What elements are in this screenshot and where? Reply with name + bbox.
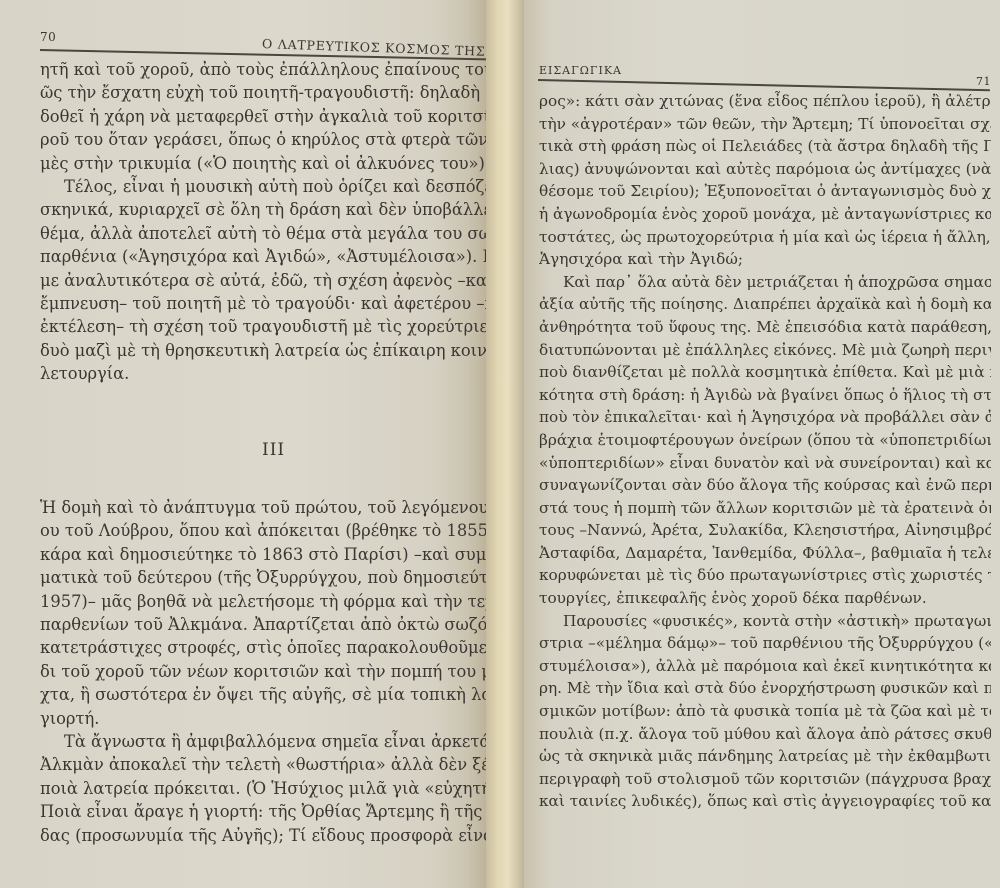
text-line: στρια –«μέλημα δάμῳ»– τοῦ παρθένιου τῆς … xyxy=(539,632,991,655)
text-line: τικὰ στὴ φράση πὼς οἱ Πελειάδες (τὰ ἄστρ… xyxy=(539,135,991,158)
text-line: Ἀσταφίδα, Δαμαρέτα, Ἰανθεμίδα, Φύλλα–, β… xyxy=(539,542,991,565)
text-line: ῶς τὴν ἔσχατη εὐχὴ τοῦ ποιητῆ-τραγουδιστ… xyxy=(40,81,492,104)
text-line: ητῆ καὶ τοῦ χοροῦ, ἀπὸ τοὺς ἐπάλληλους ἐ… xyxy=(40,58,492,81)
right-body: ρος»: κάτι σὰν χιτώνας (ἕνα εἶδος πέπλου… xyxy=(539,90,991,813)
text-line: ἐκτέλεση– τὴ σχέση τοῦ τραγουδιστῆ μὲ τὶ… xyxy=(40,315,492,338)
text-line: ἀνθηρότητα τοῦ ὕφους της. Μὲ ἐπεισόδια κ… xyxy=(539,316,991,339)
section-heading: III xyxy=(262,440,285,460)
text-line: 1957)– μᾶς βοηθᾶ νὰ μελετήσομε τὴ φόρμα … xyxy=(40,590,492,613)
text-line: ου τοῦ Λούβρου, ὅπου καὶ ἀπόκειται (βρέθ… xyxy=(40,519,492,542)
text-line: λετουργία. xyxy=(40,362,492,385)
text-line: ἡ ἀγωνοδρομία ἑνὸς χοροῦ μονάχα, μὲ ἀντα… xyxy=(539,203,991,226)
text-line: Ἀλκμὰν ἀποκαλεῖ τὴν τελετὴ «θωστήρια» ἀλ… xyxy=(40,753,492,776)
text-line: γιορτή. xyxy=(40,707,492,730)
text-line: Τέλος, εἶναι ἡ μουσικὴ αὐτὴ ποὺ ὁρίζει κ… xyxy=(40,175,492,198)
text-line: κάρα καὶ δημοσιεύτηκε τὸ 1863 στὸ Παρίσι… xyxy=(40,543,492,566)
text-line: παρθενίων τοῦ Ἀλκμάνα. Ἀπαρτίζεται ἀπὸ ὀ… xyxy=(40,613,492,636)
text-line: ροῦ του ὅταν γεράσει, ὅπως ὁ κηρύλος στὰ… xyxy=(40,128,492,151)
text-line: σκηνικά, κυριαρχεῖ σὲ ὅλη τὴ δράση καὶ δ… xyxy=(40,198,492,221)
text-line: χτα, ἢ σωστότερα ἐν ὄψει τῆς αὐγῆς, σὲ μ… xyxy=(40,683,492,706)
open-book-spread: 70 Ο ΛΑΤΡΕΥΤΙΚΟΣ ΚΟΣΜΟΣ ΤΗΣ ΣΠΑΡΤΗ ητῆ κ… xyxy=(0,0,1000,888)
text-line: Ἡ δομὴ καὶ τὸ ἀνάπτυγμα τοῦ πρώτου, τοῦ … xyxy=(40,496,492,519)
text-line: ρος»: κάτι σὰν χιτώνας (ἕνα εἶδος πέπλου… xyxy=(539,90,991,113)
text-line: διατυπώνονται μὲ ἐπάλληλες εἰκόνες. Μὲ μ… xyxy=(539,339,991,362)
text-line: ποὺ τὸν ἐπικαλεῖται· καὶ ἡ Ἁγησιχόρα νὰ … xyxy=(539,406,991,429)
right-page: ΕΙΣΑΓΩΓΙΚΑ 71 ρος»: κάτι σὰν χιτώνας (ἕν… xyxy=(524,0,1000,888)
book-gutter xyxy=(486,0,526,888)
text-line: βράχια ἑτοιμοφτέρουγων ὀνείρων (ὅπου τὰ … xyxy=(539,429,991,452)
text-line: θέμα, ἀλλὰ ἀποτελεῖ αὐτὴ τὸ θέμα στὰ μεγ… xyxy=(40,222,492,245)
text-line: τους –Ναννώ, Ἀρέτα, Συλακίδα, Κλεησιστήρ… xyxy=(539,519,991,542)
text-line: σμικῶν μοτίβων: ἀπὸ τὰ φυσικὰ τοπία μὲ τ… xyxy=(539,700,991,723)
text-line: δυὸ μαζὶ μὲ τὴ θρησκευτικὴ λατρεία ὡς ἐπ… xyxy=(40,339,492,362)
text-line: μὲς στὴν τρικυμία («Ὁ ποιητὴς καὶ οἱ ἀλκ… xyxy=(40,152,492,175)
text-line: ὡς τὰ σκηνικὰ μιᾶς πάνδημης λατρείας μὲ … xyxy=(539,745,991,768)
text-line: πουλιὰ (π.χ. ἄλογα τοῦ μύθου καὶ ἄλογα ἀ… xyxy=(539,723,991,746)
text-line: Ἁγησιχόρα καὶ τὴν Ἀγιδώ; xyxy=(539,248,991,271)
text-line: δι τοῦ χοροῦ τῶν νέων κοριτσιῶν καὶ τὴν … xyxy=(40,660,492,683)
text-line: λιας) ἀνυψώνονται καὶ αὐτὲς παρόμοια ὡς … xyxy=(539,158,991,181)
text-line: τὴν «ἀγροτέραν» τῶν θεῶν, τὴν Ἄρτεμη; Τί… xyxy=(539,113,991,136)
text-line: δας (προσωνυμία τῆς Αὐγῆς); Τί εἴδους πρ… xyxy=(40,824,492,847)
text-line: τοστάτες, ὡς πρωτοχορεύτρια ἡ μία καὶ ὡς… xyxy=(539,226,991,249)
text-line: ποὺ διανθίζεται μὲ πολλὰ κοσμητικὰ ἐπίθε… xyxy=(539,361,991,384)
text-line: κατετράστιχες στροφές, στὶς ὁποῖες παρακ… xyxy=(40,636,492,659)
text-line: ἀξία αὐτῆς τῆς ποίησης. Διαπρέπει ἀρχαϊκ… xyxy=(539,293,991,316)
text-line: Καὶ παρ᾽ ὅλα αὐτὰ δὲν μετριάζεται ἡ ἀποχ… xyxy=(539,271,991,294)
left-page: 70 Ο ΛΑΤΡΕΥΤΙΚΟΣ ΚΟΣΜΟΣ ΤΗΣ ΣΠΑΡΤΗ ητῆ κ… xyxy=(0,0,492,888)
text-line: δοθεῖ ἡ χάρη νὰ μεταφερθεῖ στὴν ἀγκαλιὰ … xyxy=(40,105,492,128)
page-number-left: 70 xyxy=(40,30,56,44)
text-line: Παρουσίες «φυσικές», κοντὰ στὴν «ἀστικὴ»… xyxy=(539,610,991,633)
text-line: «ὑποπτεριδίων» εἶναι δυνατὸν καὶ νὰ συνε… xyxy=(539,452,991,475)
text-line: με ἀναλυτικότερα σὲ αὐτά, ἐδῶ, τὴ σχέση … xyxy=(40,269,492,292)
text-line: στυμέλοισα»), ἀλλὰ μὲ παρόμοια καὶ ἐκεῖ … xyxy=(539,655,991,678)
page-number-right: 71 xyxy=(976,75,991,88)
left-body-top: ητῆ καὶ τοῦ χοροῦ, ἀπὸ τοὺς ἐπάλληλους ἐ… xyxy=(40,58,492,386)
left-body-bottom: Ἡ δομὴ καὶ τὸ ἀνάπτυγμα τοῦ πρώτου, τοῦ … xyxy=(40,496,492,847)
text-line: παρθένια («Ἁγησιχόρα καὶ Ἀγιδώ», «Ἀστυμέ… xyxy=(40,245,492,268)
text-line: ρη. Μὲ τὴν ἴδια καὶ στὰ δύο ἐνορχήστρωση… xyxy=(539,677,991,700)
text-line: καὶ ταινίες λυδικές), ὅπως καὶ στὶς ἀγγε… xyxy=(539,790,991,813)
text-line: στά τους ἡ πομπὴ τῶν ἄλλων κοριτσιῶν μὲ … xyxy=(539,497,991,520)
text-line: ματικὰ τοῦ δεύτερου (τῆς Ὀξυρρύγχου, ποὺ… xyxy=(40,566,492,589)
text-line: τουργίες, ἐπικεφαλῆς ἑνὸς χοροῦ δέκα παρ… xyxy=(539,587,991,610)
text-line: Τὰ ἄγνωστα ἢ ἀμφιβαλλόμενα σημεῖα εἶναι … xyxy=(40,730,492,753)
text-line: Ποιὰ εἶναι ἄραγε ἡ γιορτή: τῆς Ὀρθίας Ἄρ… xyxy=(40,800,492,823)
text-line: κορυφώνεται μὲ τὶς δύο πρωταγωνίστριες σ… xyxy=(539,564,991,587)
running-title-right: ΕΙΣΑΓΩΓΙΚΑ xyxy=(539,64,622,77)
text-line: θέσομε τοῦ Σειρίου); Ἐξυπονοεῖται ὁ ἀντα… xyxy=(539,180,991,203)
text-line: συναγωνίζονται σὰν δύο ἄλογα τῆς κούρσας… xyxy=(539,474,991,497)
text-line: ποιὰ λατρεία πρόκειται. (Ὁ Ἡσύχιος μιλᾶ … xyxy=(40,777,492,800)
text-line: περιγραφὴ τοῦ στολισμοῦ τῶν κοριτσιῶν (π… xyxy=(539,768,991,791)
text-line: κότητα στὴ δράση: ἡ Ἀγιδὼ νὰ βγαίνει ὅπω… xyxy=(539,384,991,407)
text-line: ἔμπνευση– τοῦ ποιητῆ μὲ τὸ τραγούδι· καὶ… xyxy=(40,292,492,315)
